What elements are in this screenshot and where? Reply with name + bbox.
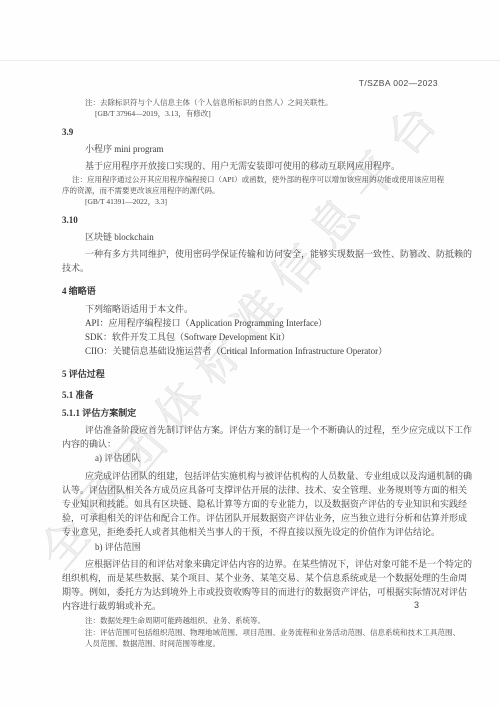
text-line: 期等。例如，委托方为达到境外上市或投资收购等目的而进行的数据资产评估，可根据实际… (62, 585, 440, 599)
clause-number-3-9: 3.9 (62, 125, 440, 139)
text-line: API：应用程序编程接口（Application Programming Int… (62, 316, 440, 330)
text-line: 序的资源，而不需要更改该应用程序的源代码。 (62, 186, 440, 197)
text-line: 小程序 mini program (62, 142, 440, 156)
page-number: 3 (414, 600, 419, 610)
text-line: 3.10 (62, 213, 440, 227)
text-line: 验，可承担相关的评估和配合工作。评估团队开展数据资产评估业务，应当独立进行分析和… (62, 511, 440, 525)
text-line: 专业知识和技能。如具有区块链、隐私计算等方面的专业能力，以及数据资产评估的专业知… (62, 497, 440, 511)
abbreviation-sdk: SDK：软件开发工具包（Software Development Kit） (62, 330, 440, 344)
section-heading-5: 5 评估过程 (62, 367, 440, 381)
top-rule-divider (0, 60, 500, 61)
text-line: 人员范围、数据范围、时间范围等维度。 (62, 639, 440, 650)
text-line: 注：应用程序通过公开其应用程序编程接口（API）或函数，使外部的程序可以增加该应… (62, 175, 440, 186)
running-header-standard-number: T/SZBA 002—2023 (359, 78, 438, 88)
text-line: 3.9 (62, 125, 440, 139)
text-line: 内容进行裁剪辑或补充。 (62, 599, 440, 613)
list-item-b-assessment-scope: b) 评估范围 (62, 540, 440, 554)
text-line: 组织机构，而是某些数据、某个项目、某个业务、某笔交易、某个信息系统或是一个数据处… (62, 571, 440, 585)
text-line: 认等。评估团队相关各方成员应具备可支撑评估开展的法律、技术、安全管理、业务规则等… (62, 483, 440, 497)
text-line: 内容的确认： (62, 437, 440, 451)
abbreviations-intro: 下列缩略语适用于本文件。 (62, 302, 440, 316)
note-data-lifecycle: 注：数据处理生命周期可能跨越组织、业务、系统等。 (62, 616, 440, 627)
document-body: 注：去除标识符与个人信息主体（个人信息所标识的自然人）之间关联性。[GB/T 3… (62, 96, 440, 650)
section-heading-5-1: 5.1 准备 (62, 388, 440, 402)
list-item-a-assessment-team: a) 评估团队 (62, 451, 440, 465)
text-line: 注：评估范围可包括组织范围、物理地域范围、项目范围、业务流程和业务活动范围、信息… (62, 628, 440, 639)
reference-gbt41391: [GB/T 41391—2022，3.3] (62, 197, 440, 208)
text-line: b) 评估范围 (62, 540, 440, 554)
abbreviation-ciio: CIIO：关键信息基础设施运营者（Critical Information In… (62, 344, 440, 358)
text-line: 下列缩略语适用于本文件。 (62, 302, 440, 316)
note-deidentification: 注：去除标识符与个人信息主体（个人信息所标识的自然人）之间关联性。 (62, 98, 440, 109)
section-heading-4: 4 缩略语 (62, 284, 440, 298)
text-line: 注：去除标识符与个人信息主体（个人信息所标识的自然人）之间关联性。 (62, 98, 440, 109)
paragraph-assessment-plan: 评估准备阶段应首先制订评估方案。评估方案的制订是一个不断确认的过程，至少应完成以… (62, 423, 440, 451)
text-line: 基于应用程序开放接口实现的、用户无需安装即可使用的移动互联网应用程序。 (62, 159, 440, 173)
text-line: 4 缩略语 (62, 284, 440, 298)
term-mini-program: 小程序 mini program (62, 142, 440, 156)
text-line: 5 评估过程 (62, 367, 440, 381)
definition-mini-program: 基于应用程序开放接口实现的、用户无需安装即可使用的移动互联网应用程序。 (62, 159, 440, 173)
text-line: [GB/T 41391—2022，3.3] (62, 197, 440, 208)
note-scope-dimensions: 注：评估范围可包括组织范围、物理地域范围、项目范围、业务流程和业务活动范围、信息… (62, 628, 440, 650)
text-line: CIIO：关键信息基础设施运营者（Critical Information In… (62, 344, 440, 358)
reference-gbt37964: [GB/T 37964—2019，3.13，有修改] (62, 109, 440, 120)
text-line: a) 评估团队 (62, 451, 440, 465)
paragraph-assessment-team: 应完成评估团队的组建，包括评估实施机构与被评估机构的人员数量、专业组成以及沟通机… (62, 469, 440, 540)
term-blockchain: 区块链 blockchain (62, 230, 440, 244)
text-line: 技术。 (62, 261, 440, 275)
text-line: [GB/T 37964—2019，3.13，有修改] (62, 109, 440, 120)
text-line: 5.1.1 评估方案制定 (62, 406, 440, 420)
text-line: 区块链 blockchain (62, 230, 440, 244)
abbreviation-api: API：应用程序编程接口（Application Programming Int… (62, 316, 440, 330)
definition-blockchain: 一种有多方共同维护，使用密码学保证传输和访问安全，能够实现数据一致性、防篡改、防… (62, 247, 440, 275)
section-heading-5-1-1: 5.1.1 评估方案制定 (62, 406, 440, 420)
text-line: 应根据评估目的和评估对象来确定评估内容的边界。在某些情况下，评估对象可能不是一个… (62, 557, 440, 571)
paragraph-assessment-scope: 应根据评估目的和评估对象来确定评估内容的边界。在某些情况下，评估对象可能不是一个… (62, 557, 440, 614)
note-mini-program: 注：应用程序通过公开其应用程序编程接口（API）或函数，使外部的程序可以增加该应… (62, 175, 440, 197)
text-line: 专业意见，拒绝委托人或者其他相关当事人的干预，不得直接以预先设定的价值作为评估结… (62, 525, 440, 539)
text-line: 注：数据处理生命周期可能跨越组织、业务、系统等。 (62, 616, 440, 627)
text-line: 评估准备阶段应首先制订评估方案。评估方案的制订是一个不断确认的过程，至少应完成以… (62, 423, 440, 437)
text-line: 一种有多方共同维护，使用密码学保证传输和访问安全，能够实现数据一致性、防篡改、防… (62, 247, 440, 261)
document-page: 全国团体标准信息平台 T/SZBA 002—2023 注：去除标识符与个人信息主… (0, 0, 500, 707)
text-line: 应完成评估团队的组建，包括评估实施机构与被评估机构的人员数量、专业组成以及沟通机… (62, 469, 440, 483)
clause-number-3-10: 3.10 (62, 213, 440, 227)
text-line: 5.1 准备 (62, 388, 440, 402)
text-line: SDK：软件开发工具包（Software Development Kit） (62, 330, 440, 344)
